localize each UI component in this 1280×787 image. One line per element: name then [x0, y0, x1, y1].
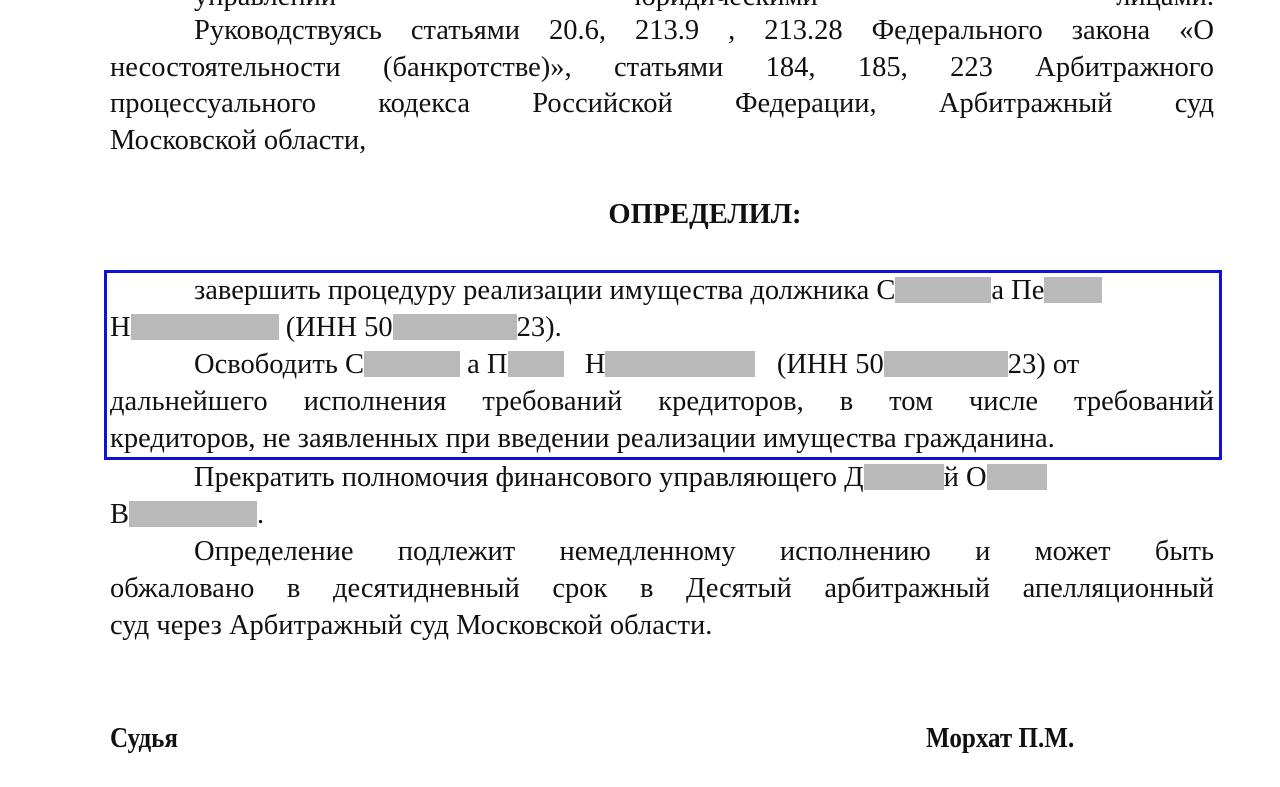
text: завершить процедуру реализации имущества… [194, 275, 895, 306]
preamble-line: Руководствуясь статьями 20.6, 213.9 , 21… [110, 12, 1214, 49]
manager-line: В. [110, 496, 1214, 533]
redaction [1044, 277, 1102, 303]
text: В [110, 499, 129, 530]
redaction [129, 501, 257, 527]
text: (ИНН 50 [279, 312, 393, 343]
appeal-line: суд через Арбитражный суд Московской обл… [110, 607, 1214, 644]
appeal-line: Определение подлежит немедленному исполн… [110, 533, 1214, 570]
ruling-line: дальнейшего исполнения требований кредит… [110, 383, 1214, 420]
redaction [864, 464, 944, 490]
redaction [393, 314, 517, 340]
text: а Пе [991, 275, 1044, 306]
preamble-line: несостоятельности (банкротстве)», статья… [110, 49, 1214, 86]
text: (ИНН 50 [777, 349, 884, 380]
preamble-line: Московской области, [110, 122, 1214, 159]
text: 23) от [1008, 349, 1079, 380]
ruling-line: кредиторов, не заявленных при введении р… [110, 420, 1214, 457]
text: Н [585, 349, 606, 380]
manager-line: Прекратить полномочия финансового управл… [110, 459, 1214, 496]
ruling-line: Освободить С а П Н (ИНН 5023) от [110, 346, 1214, 383]
redaction [605, 351, 755, 377]
signature-role: Судья [110, 720, 178, 757]
appeal-line: обжаловано в десятидневный срок в Десяты… [110, 570, 1214, 607]
redaction [884, 351, 1008, 377]
text: 23). [517, 312, 562, 343]
redaction [508, 351, 564, 377]
redaction [364, 351, 460, 377]
text: й О [944, 462, 987, 493]
preamble-line: процессуального кодекса Российской Федер… [110, 85, 1214, 122]
ruling-line: Н (ИНН 5023). [110, 309, 1214, 346]
text: а П [467, 349, 507, 380]
redaction [987, 464, 1047, 490]
ruling-heading: ОПРЕДЕЛИЛ: [0, 196, 1280, 233]
ruling-line: завершить процедуру реализации имущества… [110, 272, 1214, 309]
redaction [895, 277, 991, 303]
text: Освободить С [194, 349, 364, 380]
redaction [131, 314, 279, 340]
text: . [257, 499, 264, 530]
text: Н [110, 312, 131, 343]
signature-name: Морхат П.М. [926, 720, 1074, 757]
text: Прекратить полномочия финансового управл… [194, 462, 864, 493]
